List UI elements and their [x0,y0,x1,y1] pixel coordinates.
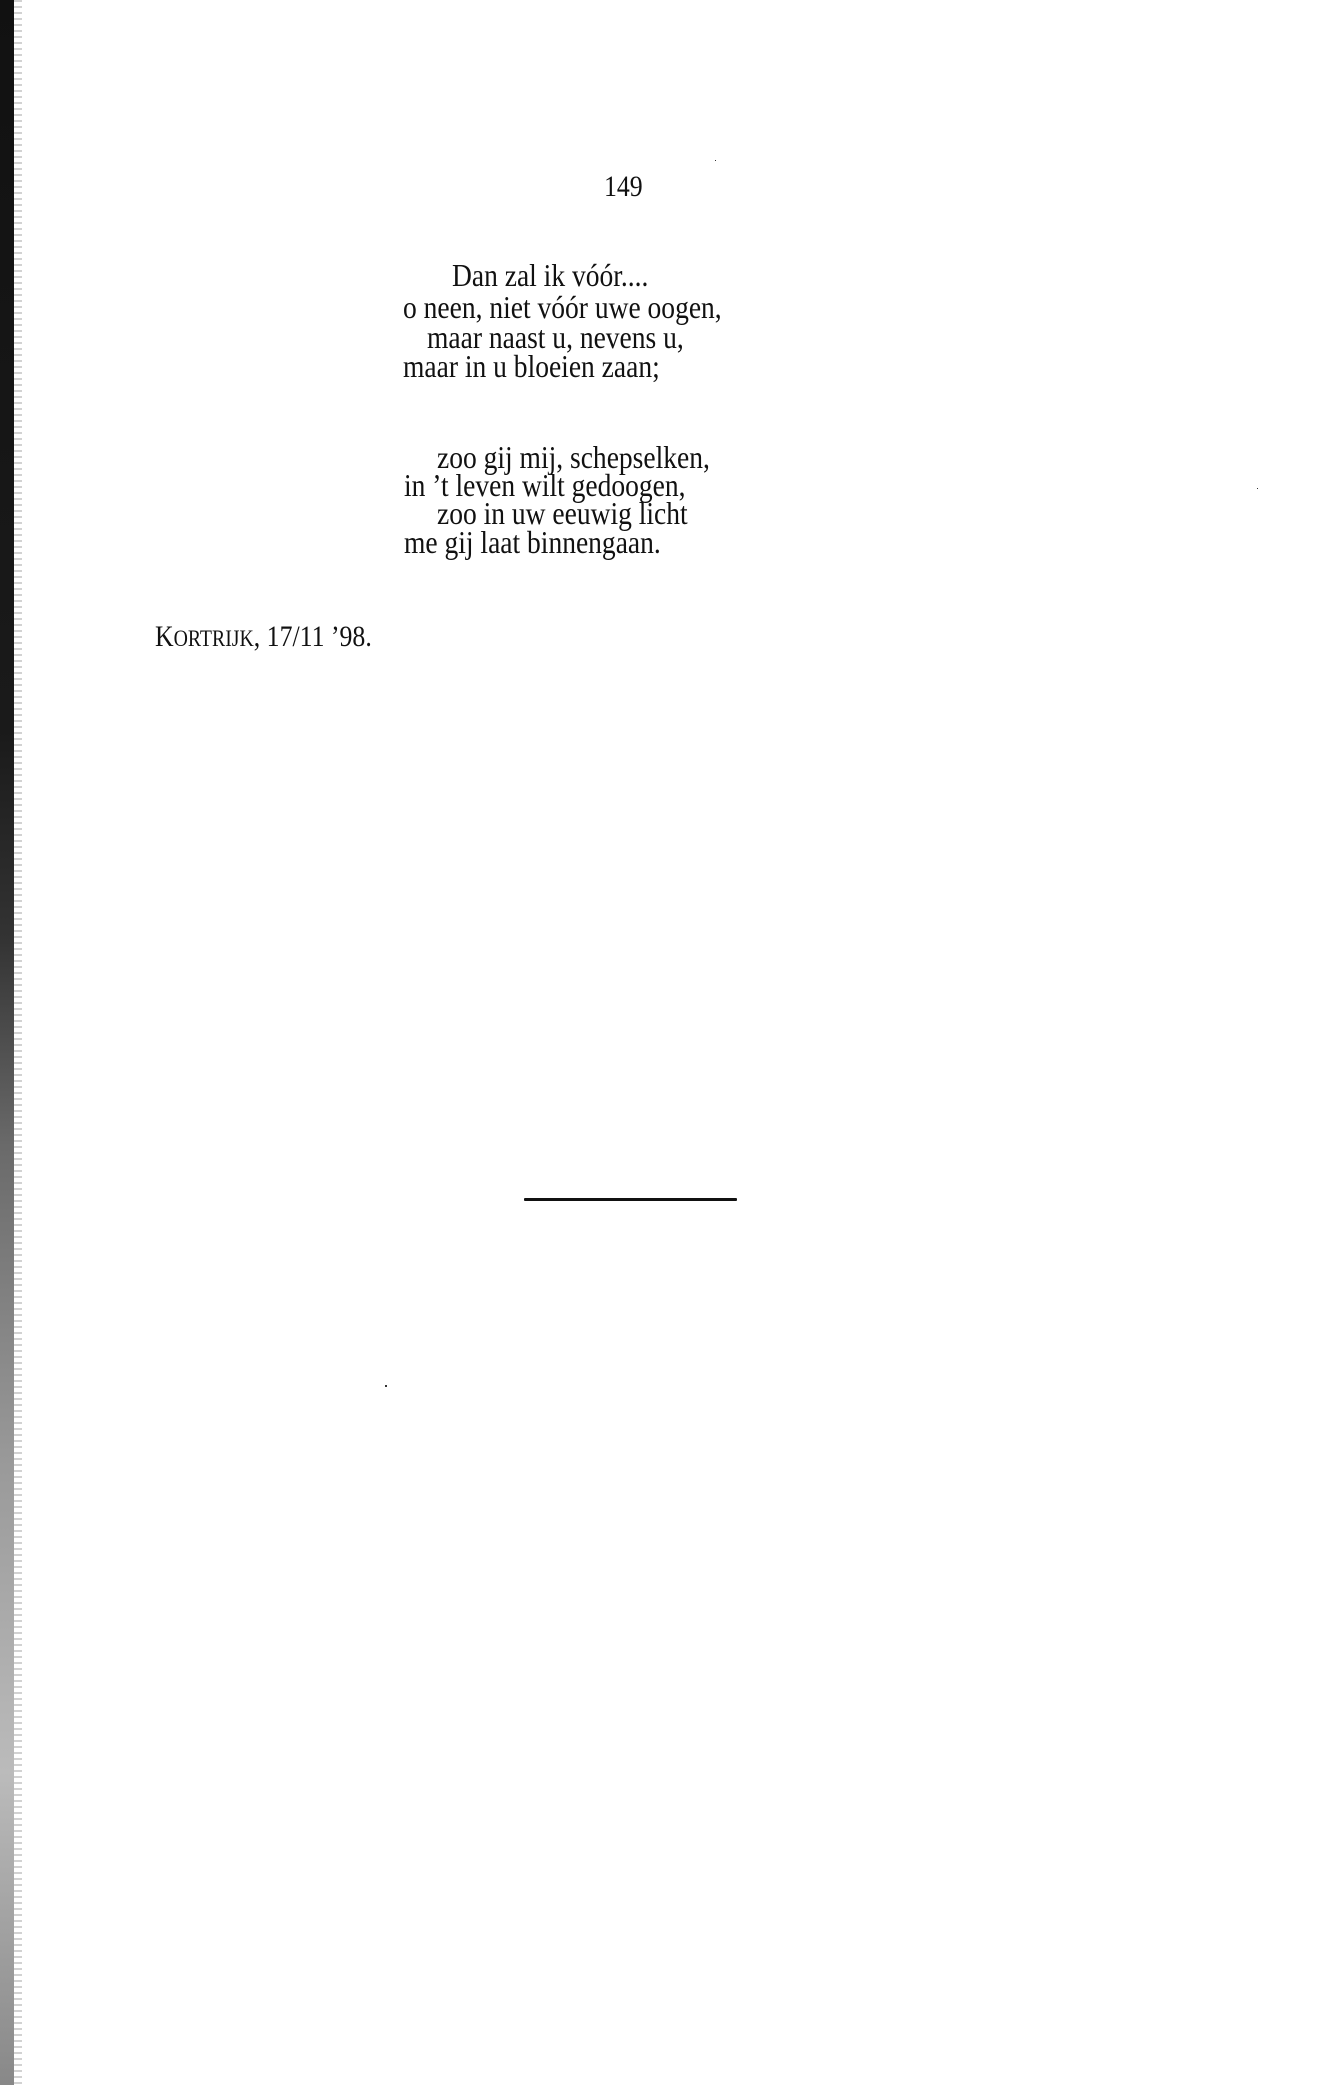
page-number: 149 [604,172,643,202]
poem-line: maar in u bloeien zaan; [403,350,660,382]
book-page: 149 Dan zal ik vóór.... o neen, niet vóó… [0,0,1317,2085]
dateline: KORTRIJK, 17/11 ’98. [155,622,372,652]
poem-line: me gij laat binnengaan. [404,526,661,558]
dateline-date: , 17/11 ’98. [254,620,372,653]
scan-speck [1257,488,1258,489]
poem-line: Dan zal ik vóór.... [452,259,648,291]
book-binding-edge [0,0,14,2085]
dateline-place-smallcaps: ORTRIJK [174,626,254,651]
dateline-place-initial: K [155,620,174,653]
binding-shadow [14,0,22,2085]
scan-speck [715,160,716,161]
end-rule-divider [524,1198,737,1201]
scan-speck [385,1385,387,1387]
